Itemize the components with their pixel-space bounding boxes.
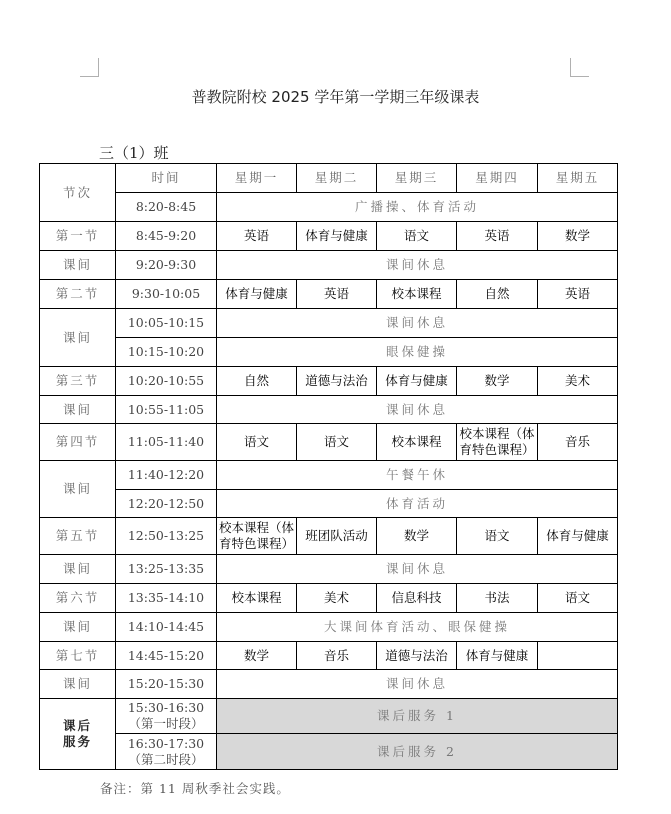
table-row: 第二节 9:30-10:05 体育与健康 英语 校本课程 自然 英语: [40, 280, 618, 309]
time-cell: 10:20-10:55: [116, 367, 217, 396]
period-cell: 第四节: [40, 424, 116, 461]
time-cell: 13:25-13:35: [116, 555, 217, 584]
time-range: 15:30-16:30: [116, 700, 216, 716]
subject-cell: [538, 642, 618, 670]
header-day: 星期一: [217, 164, 297, 193]
subject-cell: 体育与健康: [377, 367, 457, 396]
table-row: 第六节 13:35-14:10 校本课程 美术 信息科技 书法 语文: [40, 584, 618, 613]
table-row: 第四节 11:05-11:40 语文 语文 校本课程 校本课程（体育特色课程） …: [40, 424, 618, 461]
timetable: 节次 时间 星期一 星期二 星期三 星期四 星期五 8:20-8:45 广播操、…: [39, 163, 618, 770]
subject-cell: 语文: [377, 222, 457, 251]
time-cell: 10:05-10:15: [116, 309, 217, 338]
class-name: 三（1）班: [99, 142, 169, 163]
subject-cell: 数学: [457, 367, 538, 396]
table-row: 第七节 14:45-15:20 数学 音乐 道德与法治 体育与健康: [40, 642, 618, 670]
table-row: 课间 14:10-14:45 大课间体育活动、眼保健操: [40, 613, 618, 642]
time-cell: 8:45-9:20: [116, 222, 217, 251]
table-row: 课间 9:20-9:30 课间休息: [40, 251, 618, 280]
subject-cell: 校本课程（体育特色课程）: [217, 518, 297, 555]
activity-cell: 课间休息: [217, 670, 618, 699]
period-cell: 课间: [40, 555, 116, 584]
time-cell: 11:05-11:40: [116, 424, 217, 461]
header-row: 节次 时间 星期一 星期二 星期三 星期四 星期五: [40, 164, 618, 193]
time-cell: 9:30-10:05: [116, 280, 217, 309]
subject-cell: 道德与法治: [377, 642, 457, 670]
subject-cell: 美术: [297, 584, 377, 613]
time-cell: 14:45-15:20: [116, 642, 217, 670]
table-row: 第五节 12:50-13:25 校本课程（体育特色课程） 班团队活动 数学 语文…: [40, 518, 618, 555]
subject-cell: 数学: [377, 518, 457, 555]
period-cell: 第一节: [40, 222, 116, 251]
activity-cell: 课间休息: [217, 251, 618, 280]
page-corner-mark-right: [570, 58, 589, 77]
period-cell: 课间: [40, 251, 116, 280]
activity-cell: 课间休息: [217, 309, 618, 338]
period-cell: 课间: [40, 670, 116, 699]
subject-cell: 校本课程: [377, 280, 457, 309]
activity-cell: 午餐午休: [217, 461, 618, 490]
activity-cell: 广播操、体育活动: [217, 193, 618, 222]
period-cell: 第三节: [40, 367, 116, 396]
time-cell: 16:30-17:30 （第二时段）: [116, 734, 217, 770]
page-corner-mark-left: [80, 58, 99, 77]
subject-cell: 书法: [457, 584, 538, 613]
time-cell: 10:55-11:05: [116, 396, 217, 424]
subject-cell: 体育与健康: [538, 518, 618, 555]
subject-cell: 校本课程（体育特色课程）: [457, 424, 538, 461]
subject-cell: 英语: [457, 222, 538, 251]
subject-cell: 数学: [538, 222, 618, 251]
header-period: 节次: [40, 164, 116, 222]
time-cell: 12:50-13:25: [116, 518, 217, 555]
activity-cell: 课间休息: [217, 396, 618, 424]
period-cell: 第六节: [40, 584, 116, 613]
time-cell: 14:10-14:45: [116, 613, 217, 642]
subject-cell: 音乐: [538, 424, 618, 461]
subject-cell: 体育与健康: [297, 222, 377, 251]
time-cell: 11:40-12:20: [116, 461, 217, 490]
subject-cell: 道德与法治: [297, 367, 377, 396]
period-cell: 第二节: [40, 280, 116, 309]
time-cell: 15:20-15:30: [116, 670, 217, 699]
subject-cell: 校本课程: [217, 584, 297, 613]
header-day: 星期四: [457, 164, 538, 193]
table-row: 8:20-8:45 广播操、体育活动: [40, 193, 618, 222]
table-row: 12:20-12:50 体育活动: [40, 490, 618, 518]
table-row: 第一节 8:45-9:20 英语 体育与健康 语文 英语 数学: [40, 222, 618, 251]
subject-cell: 音乐: [297, 642, 377, 670]
after-school-label-line1: 课后: [40, 718, 115, 734]
time-cell: 8:20-8:45: [116, 193, 217, 222]
time-cell: 13:35-14:10: [116, 584, 217, 613]
period-cell: 课间: [40, 309, 116, 367]
time-note: （第一时段）: [116, 716, 216, 732]
header-day: 星期二: [297, 164, 377, 193]
header-day: 星期三: [377, 164, 457, 193]
subject-cell: 信息科技: [377, 584, 457, 613]
table-row: 课间 10:55-11:05 课间休息: [40, 396, 618, 424]
table-row: 16:30-17:30 （第二时段） 课后服务 2: [40, 734, 618, 770]
activity-cell: 体育活动: [217, 490, 618, 518]
table-row: 第三节 10:20-10:55 自然 道德与法治 体育与健康 数学 美术: [40, 367, 618, 396]
after-school-service-2: 课后服务 2: [217, 734, 618, 770]
period-cell: 第五节: [40, 518, 116, 555]
table-row: 课间 11:40-12:20 午餐午休: [40, 461, 618, 490]
subject-cell: 英语: [297, 280, 377, 309]
table-row: 课间 10:05-10:15 课间休息: [40, 309, 618, 338]
period-cell: 课间: [40, 461, 116, 518]
period-cell: 课间: [40, 613, 116, 642]
after-school-service-1: 课后服务 1: [217, 699, 618, 734]
subject-cell: 英语: [217, 222, 297, 251]
header-time: 时间: [116, 164, 217, 193]
subject-cell: 自然: [457, 280, 538, 309]
subject-cell: 校本课程: [377, 424, 457, 461]
document-title: 普教院附校 2025 学年第一学期三年级课表: [0, 86, 671, 107]
activity-cell: 大课间体育活动、眼保健操: [217, 613, 618, 642]
activity-cell: 课间休息: [217, 555, 618, 584]
subject-cell: 英语: [538, 280, 618, 309]
subject-cell: 语文: [217, 424, 297, 461]
subject-cell: 美术: [538, 367, 618, 396]
subject-cell: 语文: [538, 584, 618, 613]
table-row: 课间 15:20-15:30 课间休息: [40, 670, 618, 699]
table-row: 10:15-10:20 眼保健操: [40, 338, 618, 367]
table-row: 课后 服务 15:30-16:30 （第一时段） 课后服务 1: [40, 699, 618, 734]
subject-cell: 数学: [217, 642, 297, 670]
period-cell: 第七节: [40, 642, 116, 670]
subject-cell: 体育与健康: [457, 642, 538, 670]
subject-cell: 语文: [297, 424, 377, 461]
header-day: 星期五: [538, 164, 618, 193]
after-school-label-line2: 服务: [40, 734, 115, 750]
time-range: 16:30-17:30: [116, 736, 216, 752]
after-school-label: 课后 服务: [40, 699, 116, 770]
time-note: （第二时段）: [116, 752, 216, 768]
subject-cell: 班团队活动: [297, 518, 377, 555]
time-cell: 15:30-16:30 （第一时段）: [116, 699, 217, 734]
time-cell: 10:15-10:20: [116, 338, 217, 367]
period-cell: 课间: [40, 396, 116, 424]
subject-cell: 语文: [457, 518, 538, 555]
time-cell: 9:20-9:30: [116, 251, 217, 280]
activity-cell: 眼保健操: [217, 338, 618, 367]
footnote: 备注：第 11 周秋季社会实践。: [100, 779, 290, 797]
subject-cell: 自然: [217, 367, 297, 396]
time-cell: 12:20-12:50: [116, 490, 217, 518]
subject-cell: 体育与健康: [217, 280, 297, 309]
table-row: 课间 13:25-13:35 课间休息: [40, 555, 618, 584]
